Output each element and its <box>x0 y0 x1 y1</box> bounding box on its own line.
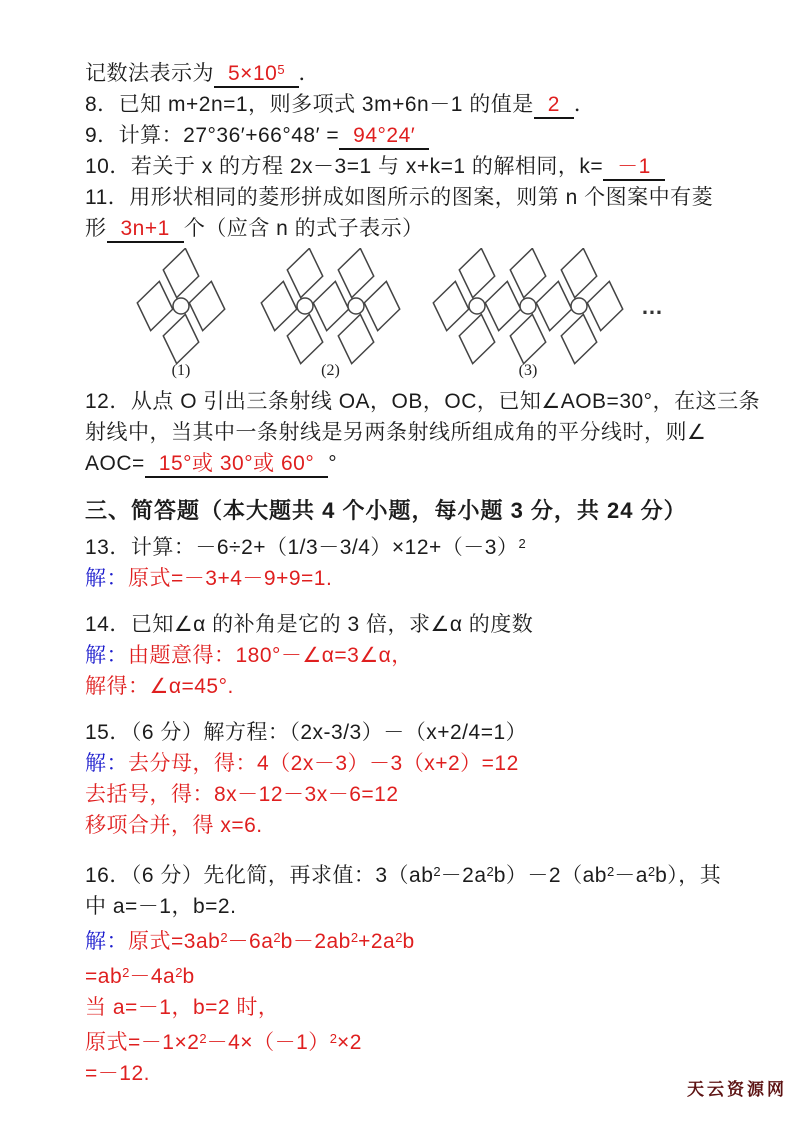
question-11-line-1: 11．用形状相同的菱形拼成如图所示的图案，则第 n 个图案中有菱 <box>85 182 725 213</box>
text-segment: －a <box>614 864 648 887</box>
rhombus <box>429 278 473 333</box>
answer-blank: 2 <box>534 93 574 119</box>
text-segment: b－2ab <box>281 930 351 953</box>
watermark: 天云资源网 <box>687 1075 787 1100</box>
text-segment: 解： <box>85 930 128 953</box>
text-segment: b），其 <box>655 864 721 887</box>
center-circle <box>571 298 587 314</box>
text-segment: 解： <box>85 644 128 667</box>
superscript: 2 <box>351 930 358 945</box>
question-15-solution-3: 移项合并，得 x=6. <box>85 810 725 841</box>
rhombus <box>557 311 601 366</box>
answer-blank: 15°或 30°或 60° <box>145 452 328 478</box>
rhombus <box>257 278 301 333</box>
superscript: 2 <box>433 864 440 879</box>
text-segment: －1 <box>617 155 651 178</box>
question-12-line-1: 12．从点 O 引出三条射线 OA，OB，OC，已知∠AOB=30°，在这三条 <box>85 386 725 417</box>
text-segment: 原式=－1×2 <box>85 1031 199 1054</box>
text-segment: －4a <box>129 965 175 988</box>
rhombus <box>506 311 550 366</box>
question-16-solution-3: 当 a=－1，b=2 时， <box>85 992 725 1023</box>
text-segment: 9．计算：27°36′+66°48′ = <box>85 124 339 147</box>
text-segment: －4×（－1） <box>207 1031 330 1054</box>
rhombus <box>455 311 499 366</box>
text-segment: ×2 <box>337 1031 362 1054</box>
question-10: 10．若关于 x 的方程 2x－3=1 与 x+k=1 的解相同，k=－1 <box>85 151 725 182</box>
text-segment: 原式=－3+4－9+9=1. <box>128 567 332 590</box>
text-segment: －6a <box>228 930 274 953</box>
text-segment: 2 <box>548 93 560 116</box>
document-body: 记数法表示为5×105．8．已知 m+2n=1，则多项式 3m+6n－1 的值是… <box>85 58 725 1089</box>
text-segment: 5×10 <box>228 62 277 85</box>
text-segment: 14．已知∠α 的补角是它的 3 倍，求∠α 的度数 <box>85 613 533 636</box>
pattern-caption: (3) <box>519 362 538 379</box>
text-segment: 94°24′ <box>353 124 415 147</box>
pattern-caption: (2) <box>321 362 340 379</box>
text-segment: 记数法表示为 <box>85 62 214 85</box>
question-8: 8．已知 m+2n=1，则多项式 3m+6n－1 的值是2． <box>85 89 725 120</box>
answer-blank: －1 <box>603 155 665 181</box>
text-segment: ° <box>328 452 337 475</box>
text-segment: =－12. <box>85 1062 150 1085</box>
question-12-line-3: AOC=15°或 30°或 60°° <box>85 448 725 479</box>
text-segment: +2a <box>358 930 395 953</box>
text-segment: 11．用形状相同的菱形拼成如图所示的图案，则第 n 个图案中有菱 <box>85 186 713 209</box>
text-segment: 解： <box>85 752 128 775</box>
superscript: 2 <box>220 930 227 945</box>
center-circle <box>348 298 364 314</box>
question-16-line-2: 中 a=－1，b=2. <box>85 891 725 922</box>
center-circle <box>297 298 313 314</box>
superscript: 2 <box>273 930 280 945</box>
text-segment: AOC= <box>85 452 145 475</box>
text-segment: －2a <box>441 864 487 887</box>
question-16-solution-4: 原式=－1×22－4×（－1）2×2 <box>85 1023 725 1058</box>
question-11-line-2: 形3n+1个（应含 n 的式子表示） <box>85 213 725 244</box>
question-13: 13．计算：－6÷2+（1/3－3/4）×12+（－3）2 <box>85 528 725 563</box>
superscript: 2 <box>199 1031 206 1046</box>
text-segment: 解： <box>85 567 128 590</box>
text-segment: 射线中，当其中一条射线是另两条射线所组成角的平分线时，则∠ <box>85 421 706 444</box>
rhombus <box>283 311 327 366</box>
text-segment: 15．（6 分）解方程：（2x-3/3）－（x+2/4=1） <box>85 721 527 744</box>
text-segment: 个（应含 n 的式子表示） <box>184 217 424 240</box>
superscript: 2 <box>518 536 525 551</box>
question-15-solution-2: 去括号，得：8x－12－3x－6=12 <box>85 779 725 810</box>
pattern-caption: (1) <box>172 362 191 379</box>
superscript: 2 <box>330 1031 337 1046</box>
text-segment: 去括号，得：8x－12－3x－6=12 <box>85 783 399 806</box>
answer-blank: 94°24′ <box>339 124 429 150</box>
text-segment: 解得：∠α=45°. <box>85 675 234 698</box>
worksheet-page: 记数法表示为5×105．8．已知 m+2n=1，则多项式 3m+6n－1 的值是… <box>0 0 793 1122</box>
text-segment: 3n+1 <box>121 217 170 240</box>
question-15-solution-1: 解：去分母，得：4（2x－3）－3（x+2）=12 <box>85 748 725 779</box>
text-segment: 10．若关于 x 的方程 2x－3=1 与 x+k=1 的解相同，k= <box>85 155 603 178</box>
question-14-solution-2: 解得：∠α=45°. <box>85 671 725 702</box>
text-segment: 当 a=－1，b=2 时， <box>85 996 279 1019</box>
rhombus <box>133 278 177 333</box>
text-segment: b <box>182 965 194 988</box>
answer-blank: 3n+1 <box>107 217 184 243</box>
question-12-line-2: 射线中，当其中一条射线是另两条射线所组成角的平分线时，则∠ <box>85 417 725 448</box>
question-15: 15．（6 分）解方程：（2x-3/3）－（x+2/4=1） <box>85 717 725 748</box>
ellipsis: … <box>641 294 663 319</box>
superscript: 2 <box>487 864 494 879</box>
rhombus-pattern-figure: (1)(2)(3)… <box>125 248 673 380</box>
text-segment: 12．从点 O 引出三条射线 OA，OB，OC，已知∠AOB=30°，在这三条 <box>85 390 760 413</box>
text-segment: =ab <box>85 965 122 988</box>
text-segment: 15°或 30°或 60° <box>159 452 314 475</box>
question-16-solution-1: 解：原式=3ab2－6a2b－2ab2+2a2b <box>85 922 725 957</box>
question-9: 9．计算：27°36′+66°48′ =94°24′ <box>85 120 725 151</box>
superscript: 5 <box>277 62 284 77</box>
text-segment: 13．计算：－6÷2+（1/3－3/4）×12+（－3） <box>85 536 518 559</box>
text-segment: 16．（6 分）先化简，再求值：3（ab <box>85 864 433 887</box>
section-3-header: 三、简答题（本大题共 4 个小题，每小题 3 分，共 24 分） <box>85 494 725 528</box>
text-segment: 形 <box>85 217 107 240</box>
text-segment: 移项合并，得 x=6. <box>85 814 263 837</box>
text-segment: 中 a=－1，b=2. <box>85 895 236 918</box>
question-16-solution-2: =ab2－4a2b <box>85 957 725 992</box>
question-14-solution-1: 解：由题意得：180°－∠α=3∠α， <box>85 640 725 671</box>
answer-blank: 5×105 <box>214 58 299 88</box>
rhombus <box>334 311 378 366</box>
text-segment: b）－2（ab <box>494 864 607 887</box>
text-segment: b <box>402 930 414 953</box>
text-segment: ． <box>574 93 596 116</box>
center-circle <box>520 298 536 314</box>
question-16-line-1: 16．（6 分）先化简，再求值：3（ab2－2a2b）－2（ab2－a2b），其 <box>85 856 725 891</box>
center-circle <box>173 298 189 314</box>
question-14: 14．已知∠α 的补角是它的 3 倍，求∠α 的度数 <box>85 609 725 640</box>
rhombus <box>360 278 404 333</box>
rhombus <box>185 278 229 333</box>
text-segment: 8．已知 m+2n=1，则多项式 3m+6n－1 的值是 <box>85 93 534 116</box>
question-16-solution-5: =－12. <box>85 1058 725 1089</box>
text-segment: ． <box>299 62 321 85</box>
text-segment: 由题意得：180°－∠α=3∠α， <box>128 644 413 667</box>
text-segment: 原式=3ab <box>128 930 220 953</box>
question-7-answer-line: 记数法表示为5×105． <box>85 58 725 89</box>
rhombus <box>583 278 627 333</box>
question-13-solution: 解：原式=－3+4－9+9=1. <box>85 563 725 594</box>
text-segment: 去分母，得：4（2x－3）－3（x+2）=12 <box>128 752 519 775</box>
text-segment: 三、简答题（本大题共 4 个小题，每小题 3 分，共 24 分） <box>85 498 687 523</box>
center-circle <box>469 298 485 314</box>
rhombus <box>159 311 203 366</box>
